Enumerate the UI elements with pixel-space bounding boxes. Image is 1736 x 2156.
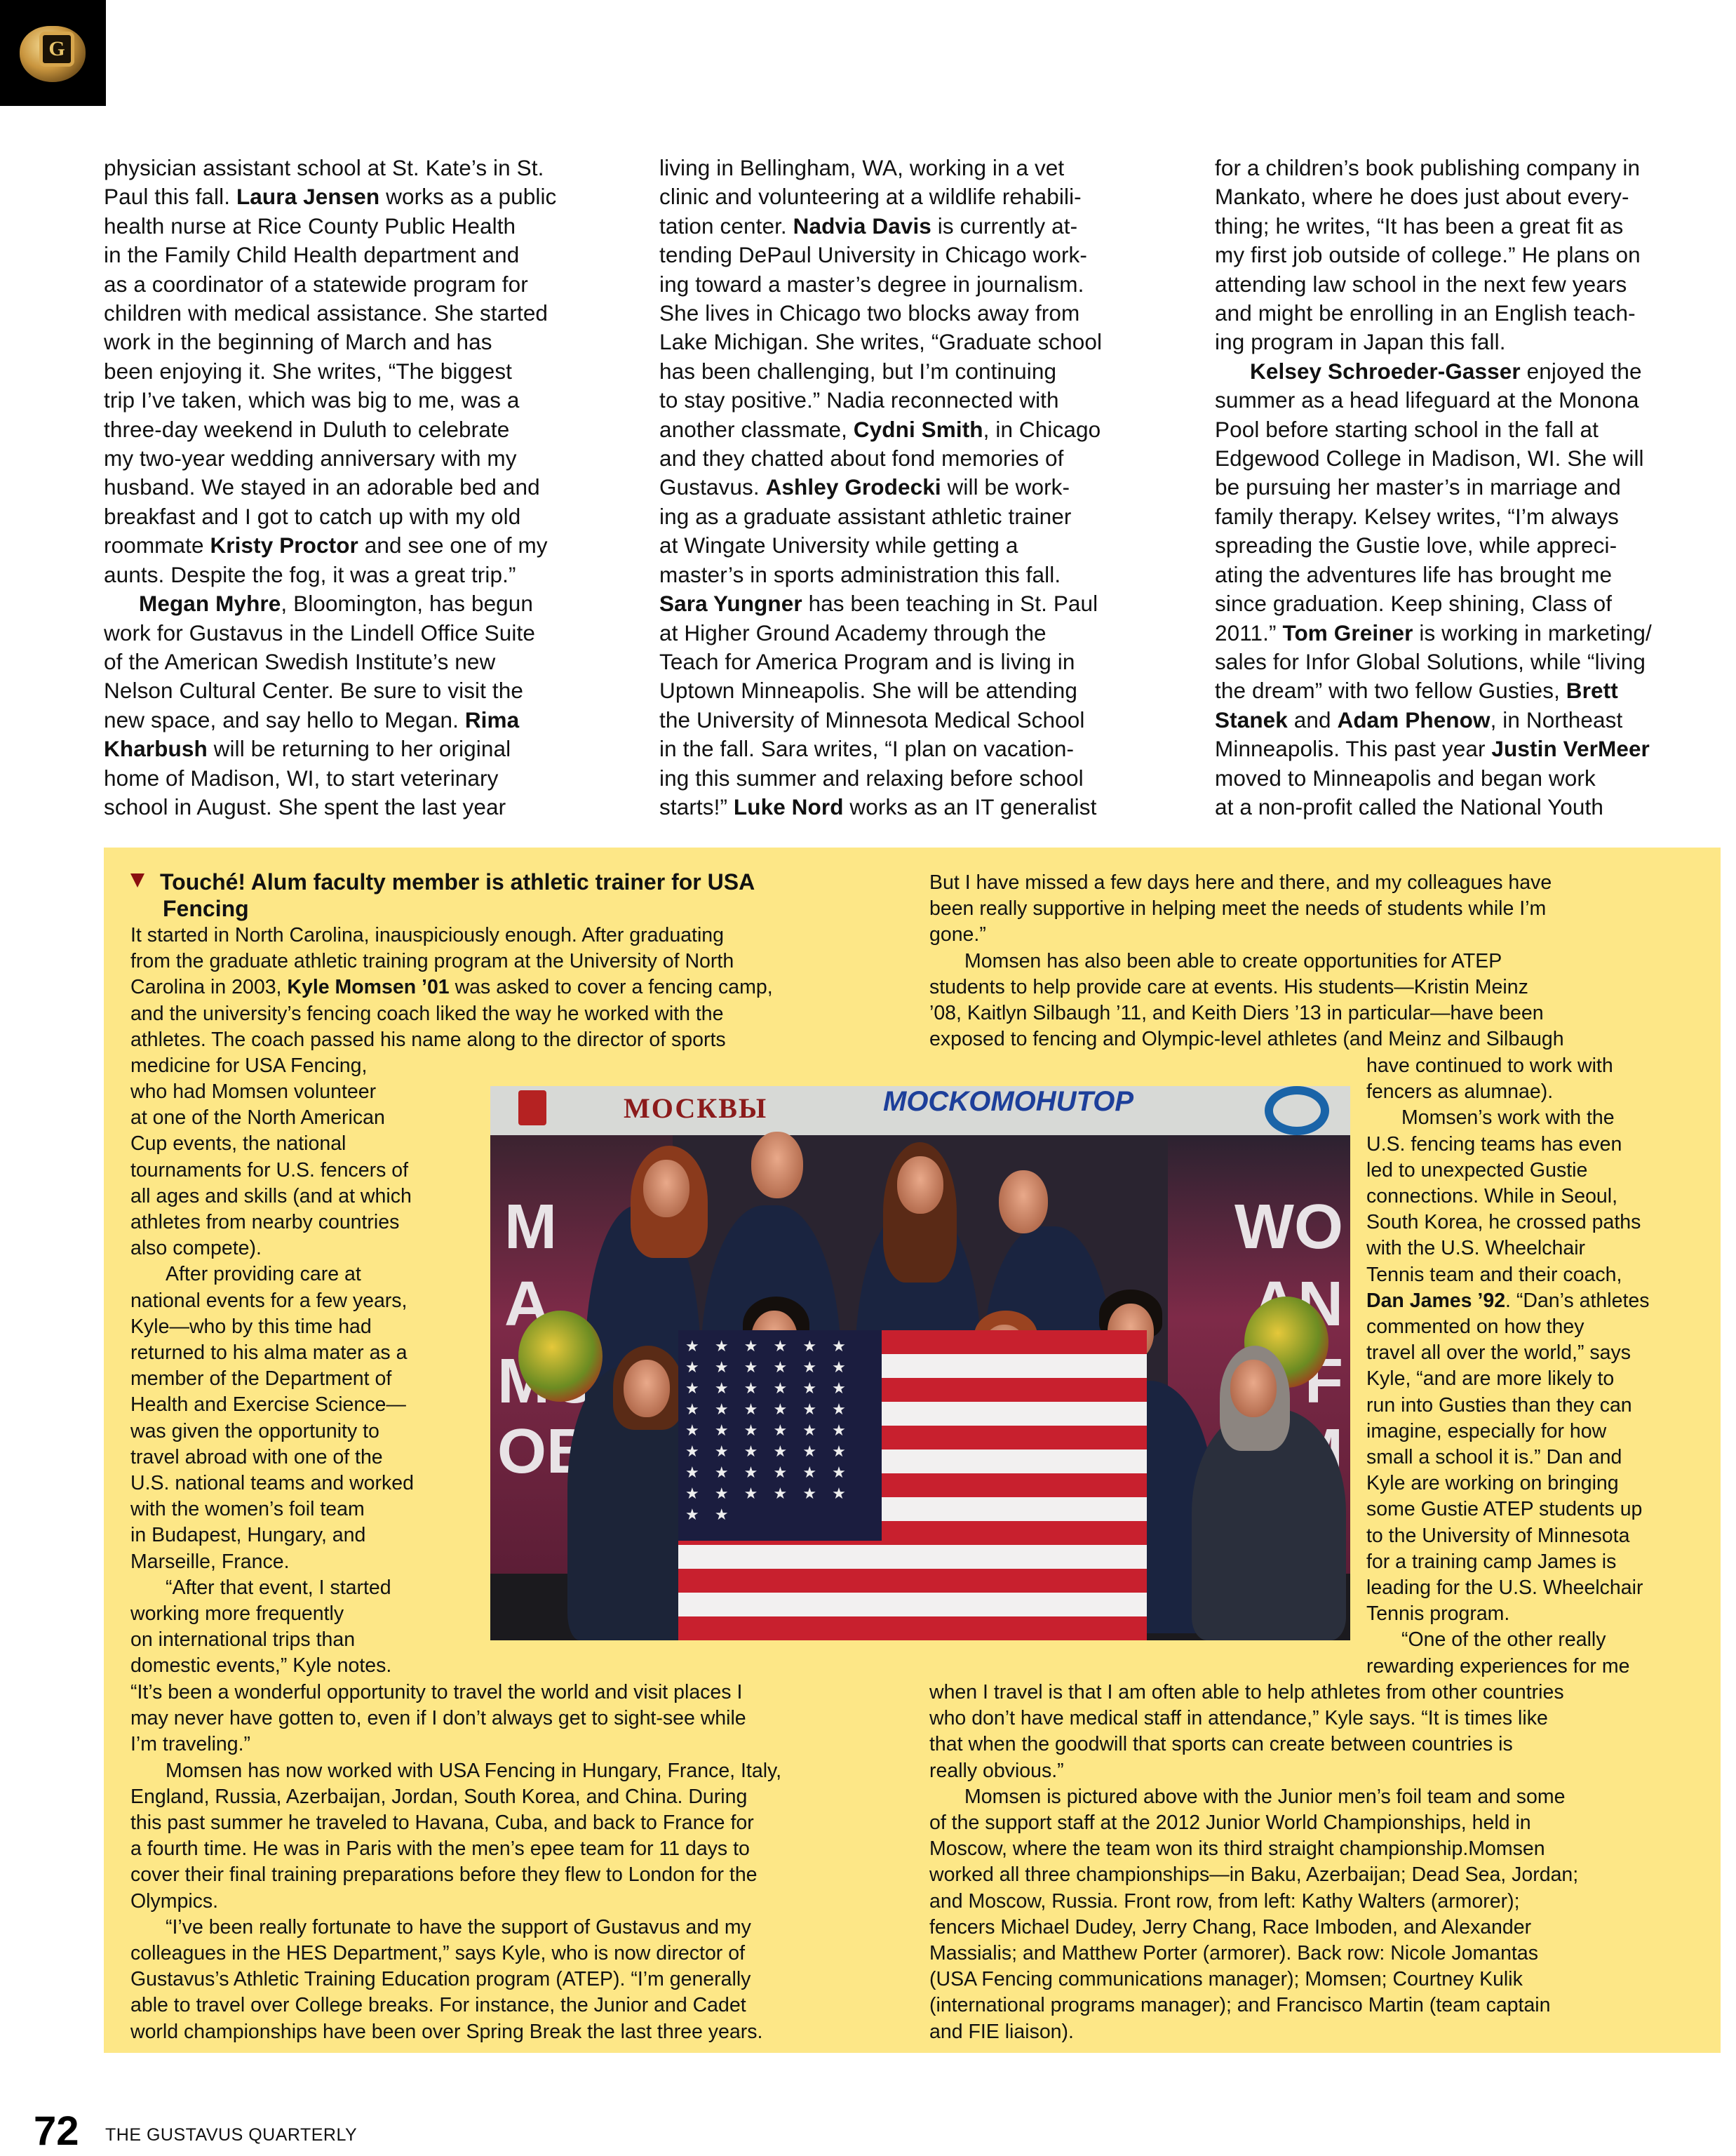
text-line: who had Momsen volunteer (130, 1079, 414, 1105)
headline-line-1: Touché! Alum faculty member is athletic … (160, 869, 755, 895)
text-line: Edgewood College in Madison, WI. She wil… (1215, 444, 1723, 473)
text-line: Megan Myhre, Bloomington, has begun (104, 589, 612, 618)
bold-name: Kyle Momsen ’01 (287, 976, 449, 998)
text-line: health nurse at Rice County Public Healt… (104, 212, 612, 241)
text-line: Tennis team and their coach, (1366, 1262, 1649, 1288)
text-line: Momsen is pictured above with the Junior… (929, 1784, 1578, 1810)
text-line: After providing care at (130, 1261, 414, 1287)
text-line: Kyle are working on bringing (1366, 1471, 1649, 1497)
text-line: Tennis program. (1366, 1601, 1649, 1627)
text-line: “It’s been a wonderful opportunity to tr… (130, 1680, 781, 1706)
text-line: Momsen’s work with the (1366, 1105, 1649, 1131)
text-line: Gustavus’s Athletic Training Education p… (130, 1967, 781, 1993)
text-line: ’08, Kaitlyn Silbaugh ’11, and Keith Die… (929, 1000, 1564, 1026)
text-line: Kyle—who by this time had (130, 1314, 414, 1340)
text-line: Uptown Minneapolis. She will be attendin… (659, 676, 1168, 705)
text-line: small a school it is.” Dan and (1366, 1445, 1649, 1471)
text-line: physician assistant school at St. Kate’s… (104, 154, 612, 182)
photo-banner: МОСКВЫ MOCKOMOHUTOP (490, 1086, 1350, 1135)
text-line: England, Russia, Azerbaijan, Jordan, Sou… (130, 1784, 781, 1810)
text-line: But I have missed a few days here and th… (929, 870, 1564, 896)
bold-name: Nadvia Davis (793, 213, 931, 239)
text-line: and FIE liaison). (929, 2019, 1578, 2045)
bold-name: Kelsey Schroeder-Gasser (1250, 359, 1521, 384)
text-line: athletes from nearby countries (130, 1210, 414, 1236)
text-line: with the women’s foil team (130, 1497, 414, 1522)
text-line: gone.” (929, 922, 1564, 948)
text-line: another classmate, Cydni Smith, in Chica… (659, 415, 1168, 444)
text-line: that when the goodwill that sports can c… (929, 1732, 1578, 1757)
feature-left-top-text: It started in North Carolina, inauspicio… (130, 923, 773, 1079)
text-line: run into Gusties than they can (1366, 1393, 1649, 1419)
text-line: all ages and skills (and at which (130, 1184, 414, 1210)
text-line: Momsen has also been able to create oppo… (929, 949, 1564, 975)
text-line: was given the opportunity to (130, 1419, 414, 1445)
text-line: been enjoying it. She writes, “The bigge… (104, 357, 612, 386)
text-line: domestic events,” Kyle notes. (130, 1653, 414, 1679)
text-line: husband. We stayed in an adorable bed an… (104, 473, 612, 502)
bold-name: Luke Nord (734, 794, 844, 819)
text-line: Teach for America Program and is living … (659, 648, 1168, 676)
bold-name: Megan Myhre (139, 591, 281, 616)
text-line: has been challenging, but I’m continuing (659, 357, 1168, 386)
flag-stars: ★ ★ ★ ★ ★ ★ ★ ★ ★ ★ ★ ★ ★ ★ ★ ★ ★ ★ ★ ★ … (678, 1330, 882, 1541)
text-line: and might be enrolling in an English tea… (1215, 299, 1723, 328)
text-line: family therapy. Kelsey writes, “I’m alwa… (1215, 502, 1723, 531)
text-line: to stay positive.” Nadia reconnected wit… (659, 386, 1168, 415)
text-line: Carolina in 2003, Kyle Momsen ’01 was as… (130, 975, 773, 1000)
text-line: have continued to work with (1366, 1053, 1649, 1079)
text-line: a fourth time. He was in Paris with the … (130, 1836, 781, 1862)
text-line: ing program in Japan this fall. (1215, 328, 1723, 356)
text-line: ing this summer and relaxing before scho… (659, 764, 1168, 793)
text-line: some Gustie ATEP students up (1366, 1497, 1649, 1522)
text-line: of the support staff at the 2012 Junior … (929, 1810, 1578, 1836)
text-line: Lake Michigan. She writes, “Graduate sch… (659, 328, 1168, 356)
banner-text-sponsor: MOCKOMOHUTOP (883, 1086, 1133, 1118)
text-line: to the University of Minnesota (1366, 1523, 1649, 1549)
bold-name: Justin VerMeer (1491, 736, 1650, 761)
text-line: Kelsey Schroeder-Gasser enjoyed the (1215, 357, 1723, 386)
text-line: been really supportive in helping meet t… (929, 896, 1564, 922)
text-line: Pool before starting school in the fall … (1215, 415, 1723, 444)
text-line: Stanek and Adam Phenow, in Northeast (1215, 706, 1723, 735)
person-head (751, 1132, 803, 1198)
text-line: summer as a head lifeguard at the Monona (1215, 386, 1723, 415)
text-line: member of the Department of (130, 1366, 414, 1392)
text-line: Marseille, France. (130, 1549, 414, 1575)
text-line: Gustavus. Ashley Grodecki will be work- (659, 473, 1168, 502)
feature-headline: Touché! Alum faculty member is athletic … (130, 869, 755, 922)
text-line: exposed to fencing and Olympic-level ath… (929, 1026, 1564, 1052)
text-line: working more frequently (130, 1601, 414, 1627)
text-line: ing toward a master’s degree in journali… (659, 270, 1168, 299)
text-line: roommate Kristy Proctor and see one of m… (104, 531, 612, 560)
person-head (643, 1160, 689, 1217)
text-line: master’s in sports administration this f… (659, 561, 1168, 589)
text-line: home of Madison, WI, to start veterinary (104, 764, 612, 793)
bold-name: Dan James ’92 (1366, 1290, 1505, 1312)
text-line: school in August. She spent the last yea… (104, 793, 612, 822)
text-line: I’m traveling.” (130, 1732, 781, 1757)
text-line: and they chatted about fond memories of (659, 444, 1168, 473)
text-line: “I’ve been really fortunate to have the … (130, 1915, 781, 1941)
text-line: who don’t have medical staff in attendan… (929, 1706, 1578, 1732)
text-line: clinic and volunteering at a wildlife re… (659, 182, 1168, 211)
text-line: Olympics. (130, 1889, 781, 1915)
text-line: attending law school in the next few yea… (1215, 270, 1723, 299)
banner-text-moscow: МОСКВЫ (624, 1092, 767, 1125)
bold-name: Adam Phenow (1337, 707, 1490, 732)
text-line: Mankato, where he does just about every- (1215, 182, 1723, 211)
text-line: medicine for USA Fencing, (130, 1053, 773, 1079)
text-line: Sara Yungner has been teaching in St. Pa… (659, 589, 1168, 618)
text-line: breakfast and I got to catch up with my … (104, 502, 612, 531)
text-line: starts!” Luke Nord works as an IT genera… (659, 793, 1168, 822)
feature-right-wrap-text: have continued to work withfencers as al… (1366, 1053, 1649, 1680)
text-line: Dan James ’92. “Dan’s athletes (1366, 1288, 1649, 1314)
text-line: also compete). (130, 1236, 414, 1261)
text-line: in Budapest, Hungary, and (130, 1522, 414, 1548)
text-line: Massialis; and Matthew Porter (armorer).… (929, 1941, 1578, 1967)
text-line: worked all three championships—in Baku, … (929, 1862, 1578, 1888)
feature-right-bottom-text: when I travel is that I am often able to… (929, 1680, 1578, 2045)
text-line: athletes. The coach passed his name alon… (130, 1027, 773, 1053)
text-line: Momsen has now worked with USA Fencing i… (130, 1758, 781, 1784)
text-line: at Wingate University while getting a (659, 531, 1168, 560)
text-line: at one of the North American (130, 1105, 414, 1131)
fie-logo-icon (1265, 1086, 1329, 1135)
text-line: moved to Minneapolis and began work (1215, 764, 1723, 793)
text-line: Health and Exercise Science— (130, 1392, 414, 1418)
text-line: rewarding experiences for me (1366, 1654, 1649, 1680)
text-line: U.S. fencing teams has even (1366, 1132, 1649, 1158)
text-line: spreading the Gustie love, while appreci… (1215, 531, 1723, 560)
text-line: fencers as alumnae). (1366, 1079, 1649, 1105)
publication-title: THE GUSTAVUS QUARTERLY (105, 2124, 357, 2145)
text-line: Minneapolis. This past year Justin VerMe… (1215, 735, 1723, 763)
feature-left-bottom-text: “It’s been a wonderful opportunity to tr… (130, 1680, 781, 2045)
text-line: at Higher Ground Academy through the (659, 619, 1168, 648)
text-line: national events for a few years, (130, 1288, 414, 1314)
bold-name: Stanek (1215, 707, 1288, 732)
person-head (1230, 1360, 1277, 1417)
text-line: of the American Swedish Institute’s new (104, 648, 612, 676)
text-line: Kyle, “and are more likely to (1366, 1366, 1649, 1392)
body-column-1: physician assistant school at St. Kate’s… (104, 154, 612, 822)
bold-name: Laura Jensen (236, 184, 379, 209)
bold-name: Ashley Grodecki (766, 474, 941, 500)
backdrop-letter: M (504, 1191, 557, 1264)
bold-name: Kristy Proctor (210, 533, 358, 558)
us-flag: ★ ★ ★ ★ ★ ★ ★ ★ ★ ★ ★ ★ ★ ★ ★ ★ ★ ★ ★ ★ … (678, 1330, 1147, 1640)
bold-name: Cydni Smith (854, 417, 983, 442)
text-line: living in Bellingham, WA, working in a v… (659, 154, 1168, 182)
feature-left-wrap-text: who had Momsen volunteerat one of the No… (130, 1079, 414, 1680)
text-line: leading for the U.S. Wheelchair (1366, 1575, 1649, 1601)
bouquet (518, 1311, 603, 1402)
text-line: when I travel is that I am often able to… (929, 1680, 1578, 1706)
bold-name: Tom Greiner (1282, 620, 1413, 645)
text-line: (USA Fencing communications manager); Mo… (929, 1967, 1578, 1993)
text-line: work for Gustavus in the Lindell Office … (104, 619, 612, 648)
text-line: Kharbush will be returning to her origin… (104, 735, 612, 763)
backdrop-letter: WO (1234, 1191, 1343, 1264)
person-head (897, 1156, 943, 1214)
text-line: returned to his alma mater as a (130, 1340, 414, 1366)
text-line: 2011.” Tom Greiner is working in marketi… (1215, 619, 1723, 648)
text-line: South Korea, he crossed paths (1366, 1210, 1649, 1236)
text-line: “After that event, I started (130, 1575, 414, 1601)
text-line: tournaments for U.S. fencers of (130, 1158, 414, 1184)
text-line: for a training camp James is (1366, 1549, 1649, 1575)
text-line: ing as a graduate assistant athletic tra… (659, 502, 1168, 531)
text-line: since graduation. Keep shining, Class of (1215, 589, 1723, 618)
logo: G (0, 0, 106, 106)
text-line: three-day weekend in Duluth to celebrate (104, 415, 612, 444)
text-line: Cup events, the national (130, 1131, 414, 1157)
text-line: on international trips than (130, 1627, 414, 1653)
text-line: U.S. national teams and worked (130, 1471, 414, 1497)
text-line: really obvious.” (929, 1758, 1578, 1784)
gustavus-class-ring-icon: G (20, 26, 86, 82)
text-line: tending DePaul University in Chicago wor… (659, 241, 1168, 269)
text-line: at a non-profit called the National Yout… (1215, 793, 1723, 822)
text-line: travel abroad with one of the (130, 1445, 414, 1471)
text-line: children with medical assistance. She st… (104, 299, 612, 328)
text-line: the University of Minnesota Medical Scho… (659, 706, 1168, 735)
text-line: with the U.S. Wheelchair (1366, 1236, 1649, 1261)
text-line: (international programs manager); and Fr… (929, 1993, 1578, 2018)
text-line: Moscow, where the team won its third str… (929, 1836, 1578, 1862)
text-line: colleagues in the HES Department,” says … (130, 1941, 781, 1967)
text-line: in the Family Child Health department an… (104, 241, 612, 269)
text-line: Nelson Cultural Center. Be sure to visit… (104, 676, 612, 705)
text-line: “One of the other really (1366, 1627, 1649, 1653)
text-line: Paul this fall. Laura Jensen works as a … (104, 182, 612, 211)
text-line: work in the beginning of March and has (104, 328, 612, 356)
text-line: for a children’s book publishing company… (1215, 154, 1723, 182)
text-line: in the fall. Sara writes, “I plan on vac… (659, 735, 1168, 763)
bold-name: Rima (465, 707, 519, 732)
text-line: commented on how they (1366, 1314, 1649, 1340)
text-line: as a coordinator of a statewide program … (104, 270, 612, 299)
text-line: ating the adventures life has brought me (1215, 561, 1723, 589)
text-line: my two-year wedding anniversary with my (104, 444, 612, 473)
text-line: aunts. Despite the fog, it was a great t… (104, 561, 612, 589)
text-line: trip I’ve taken, which was big to me, wa… (104, 386, 612, 415)
text-line: thing; he writes, “It has been a great f… (1215, 212, 1723, 241)
text-line: cover their final training preparations … (130, 1862, 781, 1888)
text-line: fencers Michael Dudey, Jerry Chang, Race… (929, 1915, 1578, 1941)
text-line: and the university’s fencing coach liked… (130, 1001, 773, 1027)
team-photo: M A MO OB WO AN F AM МОСКВЫ MOCKOMOHUTOP… (490, 1086, 1350, 1640)
text-line: the dream” with two fellow Gusties, Bret… (1215, 676, 1723, 705)
body-column-2: living in Bellingham, WA, working in a v… (659, 154, 1168, 822)
text-line: students to help provide care at events.… (929, 975, 1564, 1000)
triangle-marker-icon (130, 873, 144, 888)
bold-name: Sara Yungner (659, 591, 802, 616)
text-line: new space, and say hello to Megan. Rima (104, 706, 612, 735)
text-line: able to travel over College breaks. For … (130, 1993, 781, 2018)
text-line: from the graduate athletic training prog… (130, 949, 773, 975)
person-head (999, 1170, 1048, 1233)
ring-letter: G (39, 32, 74, 67)
text-line: be pursuing her master’s in marriage and (1215, 473, 1723, 502)
page-number: 72 (34, 2110, 79, 2152)
feature-right-top-text: But I have missed a few days here and th… (929, 870, 1564, 1052)
text-line: world championships have been over Sprin… (130, 2019, 781, 2045)
person-head (624, 1360, 670, 1417)
text-line: It started in North Carolina, inauspicio… (130, 923, 773, 949)
text-line: travel all over the world,” says (1366, 1340, 1649, 1366)
text-line: imagine, especially for how (1366, 1419, 1649, 1445)
text-line: my first job outside of college.” He pla… (1215, 241, 1723, 269)
text-line: She lives in Chicago two blocks away fro… (659, 299, 1168, 328)
text-line: tation center. Nadvia Davis is currently… (659, 212, 1168, 241)
text-line: may never have gotten to, even if I don’… (130, 1706, 781, 1732)
text-line: and Moscow, Russia. Front row, from left… (929, 1889, 1578, 1915)
text-line: sales for Infor Global Solutions, while … (1215, 648, 1723, 676)
bold-name: Brett (1566, 678, 1618, 703)
bold-name: Kharbush (104, 736, 208, 761)
text-line: led to unexpected Gustie (1366, 1158, 1649, 1184)
text-line: connections. While in Seoul, (1366, 1184, 1649, 1210)
text-line: this past summer he traveled to Havana, … (130, 1810, 781, 1836)
body-column-3: for a children’s book publishing company… (1215, 154, 1723, 822)
moscow-emblem-icon (518, 1090, 546, 1125)
headline-line-2: Fencing (130, 895, 755, 922)
